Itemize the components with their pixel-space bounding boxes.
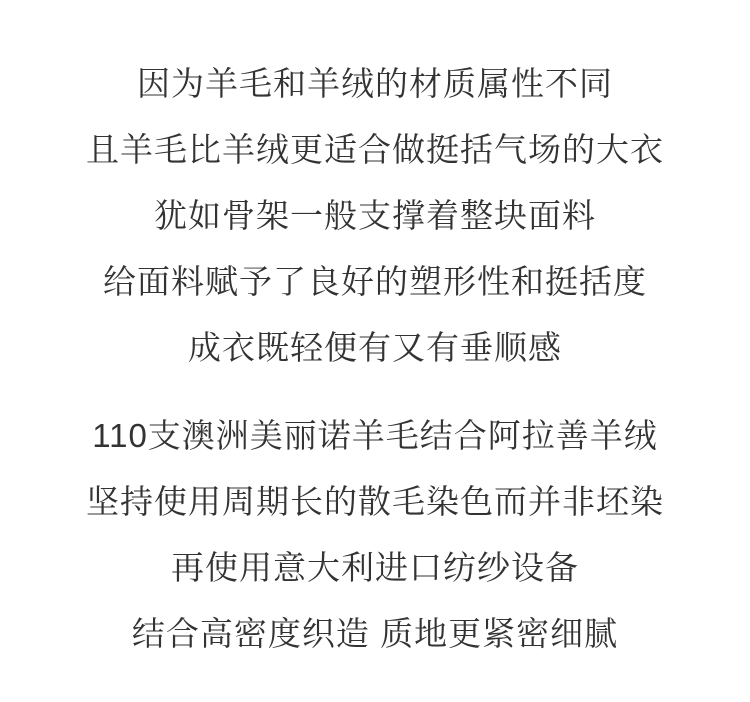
text-line: 且羊毛比羊绒更适合做挺括气场的大衣 (0, 117, 750, 183)
text-line: 再使用意大利进口纺纱设备 (0, 535, 750, 601)
text-line: 结合高密度织造 质地更紧密细腻 (0, 601, 750, 667)
text-line: 110支澳洲美丽诺羊毛结合阿拉善羊绒 (0, 403, 750, 469)
text-line: 犹如骨架一般支撑着整块面料 (0, 183, 750, 249)
paragraph-craftsmanship: 110支澳洲美丽诺羊毛结合阿拉善羊绒 坚持使用周期长的散毛染色而并非坯染 再使用… (0, 403, 750, 667)
text-line: 坚持使用周期长的散毛染色而并非坯染 (0, 469, 750, 535)
text-line: 因为羊毛和羊绒的材质属性不同 (0, 51, 750, 117)
product-description-panel: 因为羊毛和羊绒的材质属性不同 且羊毛比羊绒更适合做挺括气场的大衣 犹如骨架一般支… (0, 0, 750, 667)
text-line: 给面料赋予了良好的塑形性和挺括度 (0, 249, 750, 315)
text-line: 成衣既轻便有又有垂顺感 (0, 315, 750, 381)
paragraph-material-properties: 因为羊毛和羊绒的材质属性不同 且羊毛比羊绒更适合做挺括气场的大衣 犹如骨架一般支… (0, 51, 750, 381)
